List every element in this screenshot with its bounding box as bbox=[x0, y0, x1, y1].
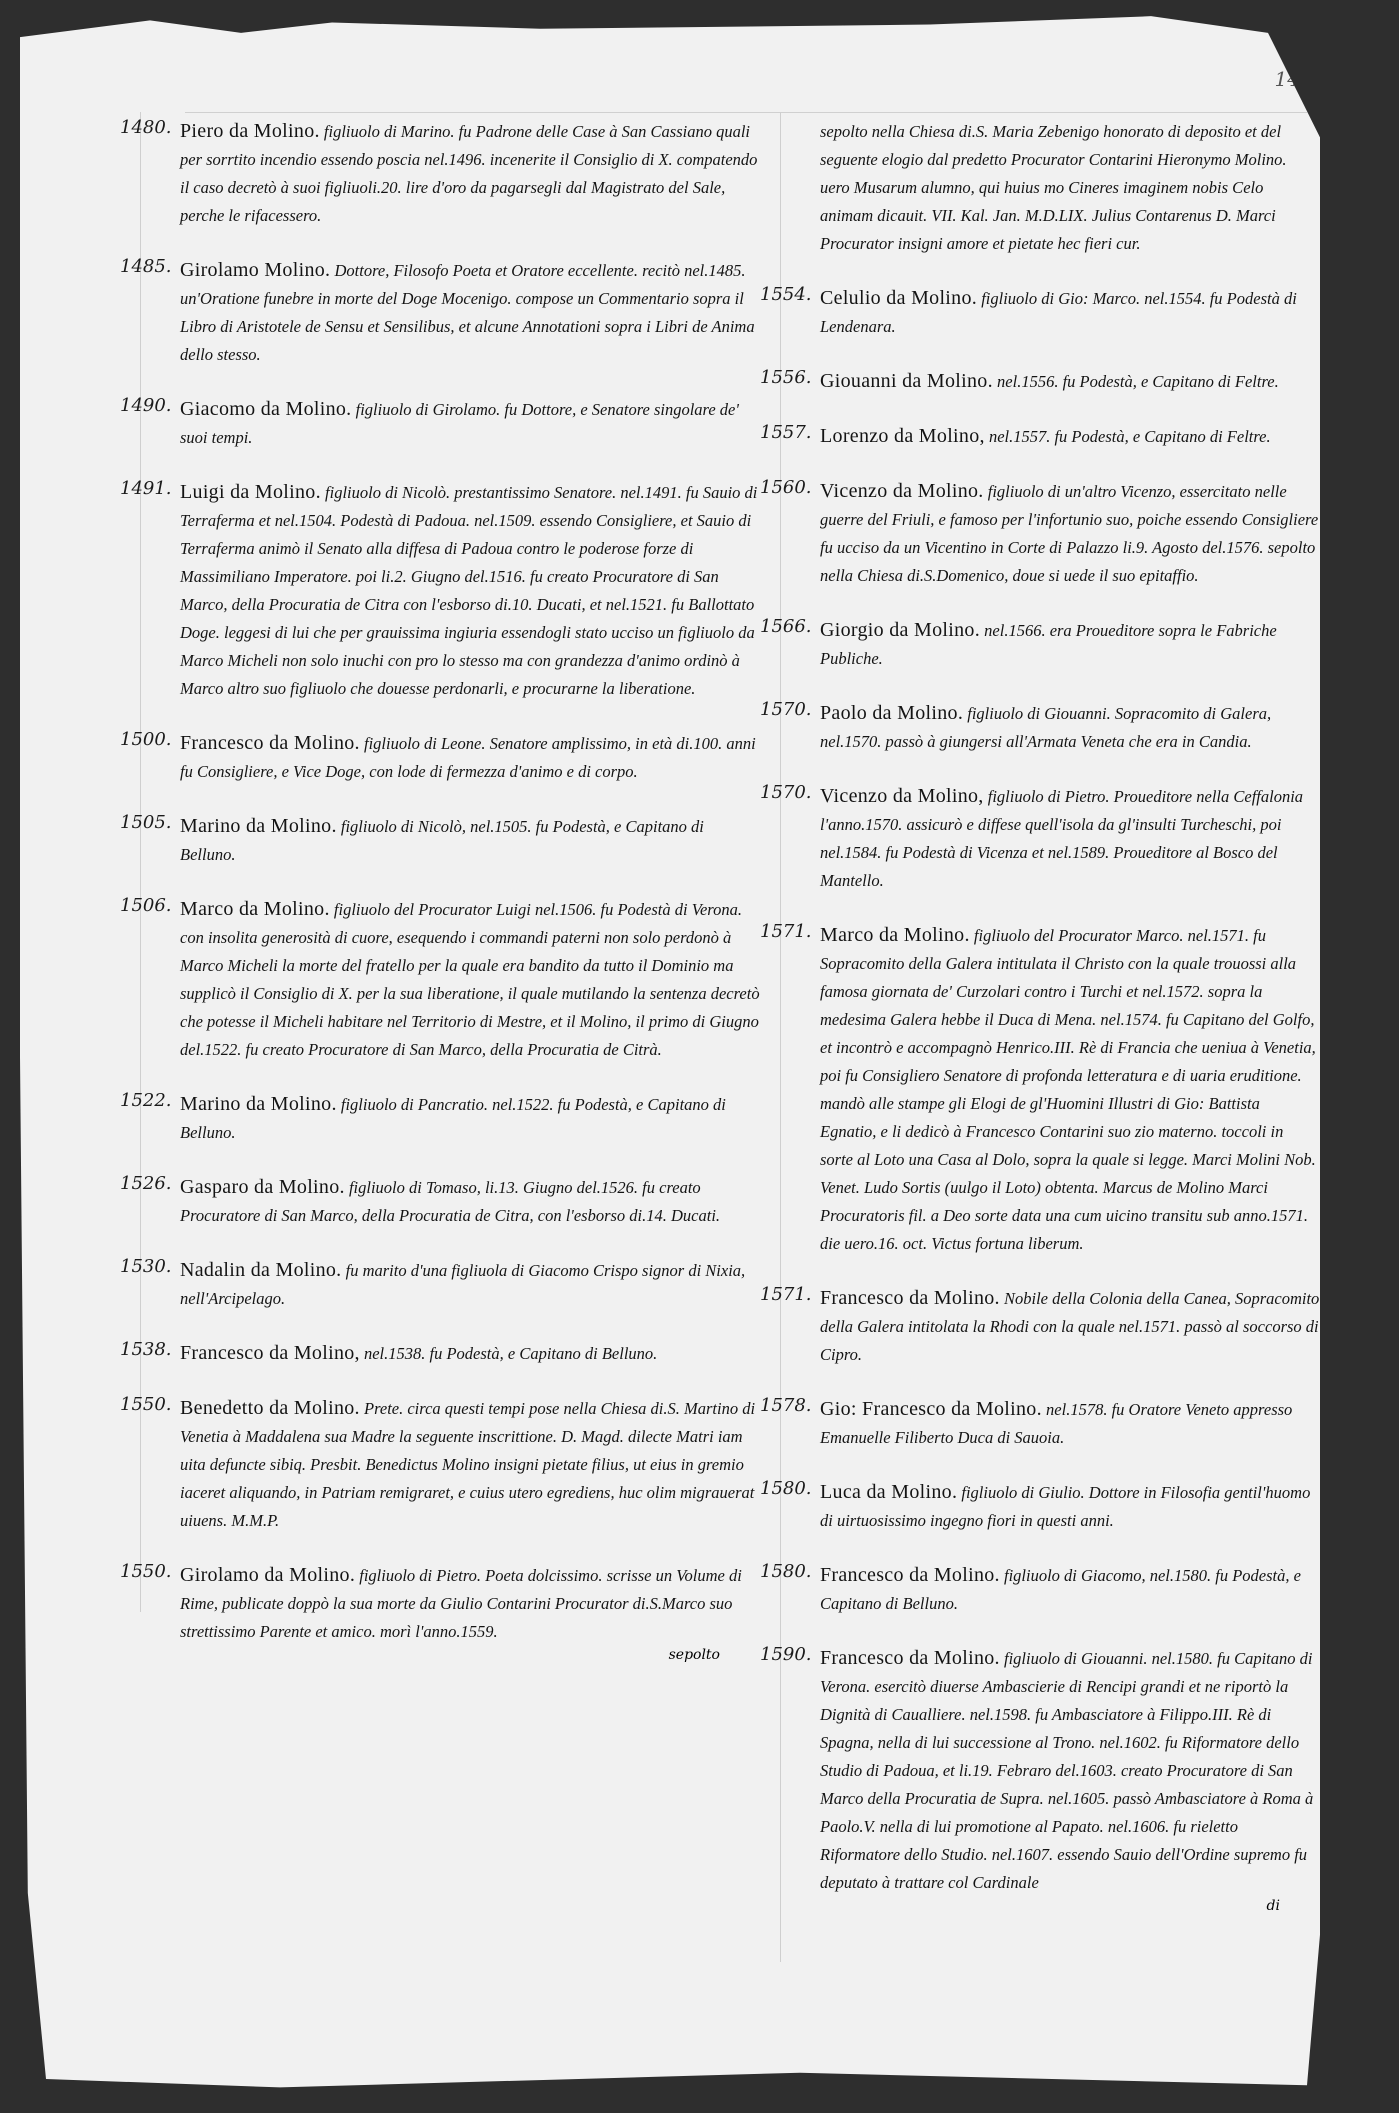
entry-year: 1570. bbox=[760, 699, 816, 720]
entry-body: nel.1557. fu Podestà, e Capitano di Felt… bbox=[989, 427, 1271, 446]
genealogy-entry: 1590.Francesco da Molino. figliuolo di G… bbox=[760, 1644, 1320, 1915]
entry-year: 1557. bbox=[760, 422, 816, 443]
genealogy-entry: 1557.Lorenzo da Molino, nel.1557. fu Pod… bbox=[760, 422, 1320, 451]
entry-year: 1556. bbox=[760, 367, 816, 388]
genealogy-entry: 1578.Gio: Francesco da Molino. nel.1578.… bbox=[760, 1395, 1320, 1452]
entry-body: figliuolo del Procurator Marco. nel.1571… bbox=[820, 926, 1316, 1253]
entry-year: 1571. bbox=[760, 1284, 816, 1305]
entry-text: Giouanni da Molino. nel.1556. fu Podestà… bbox=[820, 367, 1320, 396]
genealogy-entry: 1500.Francesco da Molino. figliuolo di L… bbox=[120, 729, 760, 786]
entry-text: sepolto nella Chiesa di.S. Maria Zebenig… bbox=[820, 117, 1320, 258]
genealogy-entry: 1485.Girolamo Molino. Dottore, Filosofo … bbox=[120, 256, 760, 369]
entry-year: 1560. bbox=[760, 477, 816, 498]
entry-name: Marino da Molino. bbox=[180, 815, 337, 837]
genealogy-entry: 1505.Marino da Molino. figliuolo di Nico… bbox=[120, 812, 760, 869]
genealogy-entry: 1538.Francesco da Molino, nel.1538. fu P… bbox=[120, 1339, 760, 1368]
entry-body: figliuolo di Giouanni. nel.1580. fu Capi… bbox=[820, 1649, 1313, 1892]
entry-text: Giacomo da Molino. figliuolo di Girolamo… bbox=[180, 395, 760, 452]
genealogy-entry: sepolto nella Chiesa di.S. Maria Zebenig… bbox=[760, 117, 1320, 258]
entry-name: Vicenzo da Molino. bbox=[820, 480, 984, 502]
entry-text: Francesco da Molino, nel.1538. fu Podest… bbox=[180, 1339, 760, 1368]
entry-name: Lorenzo da Molino, bbox=[820, 425, 985, 447]
genealogy-entry: 1580.Francesco da Molino. figliuolo di G… bbox=[760, 1561, 1320, 1618]
entry-text: Vicenzo da Molino. figliuolo di un'altro… bbox=[820, 477, 1320, 590]
ruled-line bbox=[185, 112, 1315, 113]
genealogy-entry: 1580.Luca da Molino. figliuolo di Giulio… bbox=[760, 1478, 1320, 1535]
entry-year: 1554. bbox=[760, 284, 816, 305]
entry-year: 1590. bbox=[760, 1644, 816, 1665]
entry-text: Nadalin da Molino. fu marito d'una figli… bbox=[180, 1256, 760, 1313]
entry-name: Giorgio da Molino. bbox=[820, 619, 980, 641]
entry-year: 1580. bbox=[760, 1561, 816, 1582]
entry-year: 1480. bbox=[120, 117, 176, 138]
entry-text: Piero da Molino. figliuolo di Marino. fu… bbox=[180, 117, 760, 230]
entry-text: Luigi da Molino. figliuolo di Nicolò. pr… bbox=[180, 478, 760, 703]
entry-name: Francesco da Molino. bbox=[180, 732, 360, 754]
entry-text: Marino da Molino. figliuolo di Nicolò, n… bbox=[180, 812, 760, 869]
right-column: sepolto nella Chiesa di.S. Maria Zebenig… bbox=[760, 117, 1320, 1941]
entry-text: Celulio da Molino. figliuolo di Gio: Mar… bbox=[820, 284, 1320, 341]
entry-name: Girolamo da Molino. bbox=[180, 1564, 355, 1586]
folio-number: 14 bbox=[1275, 67, 1300, 91]
entry-year: 1566. bbox=[760, 616, 816, 637]
entry-name: Francesco da Molino, bbox=[180, 1342, 360, 1364]
entry-text: Marco da Molino. figliuolo del Procurato… bbox=[180, 895, 760, 1064]
entry-name: Vicenzo da Molino, bbox=[820, 785, 984, 807]
entry-text: Marino da Molino. figliuolo di Pancratio… bbox=[180, 1090, 760, 1147]
catchword: di bbox=[760, 1897, 1280, 1915]
genealogy-entry: 1560.Vicenzo da Molino. figliuolo di un'… bbox=[760, 477, 1320, 590]
genealogy-entry: 1566.Giorgio da Molino. nel.1566. era Pr… bbox=[760, 616, 1320, 673]
genealogy-entry: 1526.Gasparo da Molino. figliuolo di Tom… bbox=[120, 1173, 760, 1230]
entry-year: 1580. bbox=[760, 1478, 816, 1499]
entry-text: Paolo da Molino. figliuolo di Giouanni. … bbox=[820, 699, 1320, 756]
entry-year: 1522. bbox=[120, 1090, 176, 1111]
entry-year: 1550. bbox=[120, 1394, 176, 1415]
entry-year: 1491. bbox=[120, 478, 176, 499]
entry-name: Piero da Molino. bbox=[180, 120, 320, 142]
entry-name: Girolamo Molino. bbox=[180, 259, 330, 281]
entry-name: Francesco da Molino. bbox=[820, 1564, 1000, 1586]
entry-name: Gasparo da Molino. bbox=[180, 1176, 345, 1198]
genealogy-entry: 1570.Vicenzo da Molino, figliuolo di Pie… bbox=[760, 782, 1320, 895]
genealogy-entry: 1550.Girolamo da Molino. figliuolo di Pi… bbox=[120, 1561, 760, 1664]
entry-body: sepolto nella Chiesa di.S. Maria Zebenig… bbox=[820, 122, 1287, 253]
entry-year: 1485. bbox=[120, 256, 176, 277]
entry-name: Marino da Molino. bbox=[180, 1093, 337, 1115]
genealogy-entry: 1571.Francesco da Molino. Nobile della C… bbox=[760, 1284, 1320, 1369]
entry-year: 1578. bbox=[760, 1395, 816, 1416]
entry-name: Giacomo da Molino. bbox=[180, 398, 351, 420]
entry-name: Giouanni da Molino. bbox=[820, 370, 993, 392]
entry-year: 1505. bbox=[120, 812, 176, 833]
catchword: sepolto bbox=[120, 1646, 720, 1664]
genealogy-entry: 1570.Paolo da Molino. figliuolo di Gioua… bbox=[760, 699, 1320, 756]
genealogy-entry: 1491.Luigi da Molino. figliuolo di Nicol… bbox=[120, 478, 760, 703]
entry-body: figliuolo del Procurator Luigi nel.1506.… bbox=[180, 900, 760, 1059]
entry-name: Celulio da Molino. bbox=[820, 287, 977, 309]
genealogy-entry: 1550.Benedetto da Molino. Prete. circa q… bbox=[120, 1394, 760, 1535]
entry-body: nel.1538. fu Podestà, e Capitano di Bell… bbox=[364, 1344, 657, 1363]
genealogy-entry: 1490.Giacomo da Molino. figliuolo di Gir… bbox=[120, 395, 760, 452]
entry-text: Luca da Molino. figliuolo di Giulio. Dot… bbox=[820, 1478, 1320, 1535]
genealogy-entry: 1556.Giouanni da Molino. nel.1556. fu Po… bbox=[760, 367, 1320, 396]
entry-text: Francesco da Molino. figliuolo di Giouan… bbox=[820, 1644, 1320, 1897]
entry-year: 1500. bbox=[120, 729, 176, 750]
entry-text: Giorgio da Molino. nel.1566. era Prouedi… bbox=[820, 616, 1320, 673]
genealogy-entry: 1480.Piero da Molino. figliuolo di Marin… bbox=[120, 117, 760, 230]
entry-name: Paolo da Molino. bbox=[820, 702, 963, 724]
entry-year: 1550. bbox=[120, 1561, 176, 1582]
genealogy-entry: 1571.Marco da Molino. figliuolo del Proc… bbox=[760, 921, 1320, 1258]
entry-year: 1538. bbox=[120, 1339, 176, 1360]
entry-year: 1571. bbox=[760, 921, 816, 942]
entry-name: Nadalin da Molino. bbox=[180, 1259, 341, 1281]
entry-body: nel.1556. fu Podestà, e Capitano di Felt… bbox=[997, 372, 1279, 391]
entry-name: Luca da Molino. bbox=[820, 1481, 957, 1503]
entry-text: Francesco da Molino. figliuolo di Leone.… bbox=[180, 729, 760, 786]
entry-year: 1490. bbox=[120, 395, 176, 416]
entry-text: Girolamo da Molino. figliuolo di Pietro.… bbox=[180, 1561, 760, 1646]
entry-name: Benedetto da Molino. bbox=[180, 1397, 360, 1419]
entry-year: 1530. bbox=[120, 1256, 176, 1277]
entry-text: Benedetto da Molino. Prete. circa questi… bbox=[180, 1394, 760, 1535]
genealogy-entry: 1530.Nadalin da Molino. fu marito d'una … bbox=[120, 1256, 760, 1313]
entry-name: Marco da Molino. bbox=[180, 898, 330, 920]
entry-name: Luigi da Molino. bbox=[180, 481, 321, 503]
entry-name: Francesco da Molino. bbox=[820, 1287, 1000, 1309]
entry-text: Lorenzo da Molino, nel.1557. fu Podestà,… bbox=[820, 422, 1320, 451]
entry-year: 1570. bbox=[760, 782, 816, 803]
entry-year: 1506. bbox=[120, 895, 176, 916]
entry-name: Francesco da Molino. bbox=[820, 1647, 1000, 1669]
genealogy-entry: 1522.Marino da Molino. figliuolo di Panc… bbox=[120, 1090, 760, 1147]
entry-text: Francesco da Molino. figliuolo di Giacom… bbox=[820, 1561, 1320, 1618]
entry-body: figliuolo di Nicolò. prestantissimo Sena… bbox=[180, 483, 757, 698]
entry-name: Marco da Molino. bbox=[820, 924, 970, 946]
entry-text: Vicenzo da Molino, figliuolo di Pietro. … bbox=[820, 782, 1320, 895]
entry-text: Gio: Francesco da Molino. nel.1578. fu O… bbox=[820, 1395, 1320, 1452]
genealogy-entry: 1506.Marco da Molino. figliuolo del Proc… bbox=[120, 895, 760, 1064]
entry-name: Gio: Francesco da Molino. bbox=[820, 1398, 1042, 1420]
genealogy-entry: 1554.Celulio da Molino. figliuolo di Gio… bbox=[760, 284, 1320, 341]
entry-text: Girolamo Molino. Dottore, Filosofo Poeta… bbox=[180, 256, 760, 369]
left-column: 1480.Piero da Molino. figliuolo di Marin… bbox=[120, 117, 760, 1690]
entry-text: Marco da Molino. figliuolo del Procurato… bbox=[820, 921, 1320, 1258]
entry-year: 1526. bbox=[120, 1173, 176, 1194]
entry-text: Francesco da Molino. Nobile della Coloni… bbox=[820, 1284, 1320, 1369]
manuscript-page: 14 1480.Piero da Molino. figliuolo di Ma… bbox=[20, 12, 1320, 2102]
entry-text: Gasparo da Molino. figliuolo di Tomaso, … bbox=[180, 1173, 760, 1230]
